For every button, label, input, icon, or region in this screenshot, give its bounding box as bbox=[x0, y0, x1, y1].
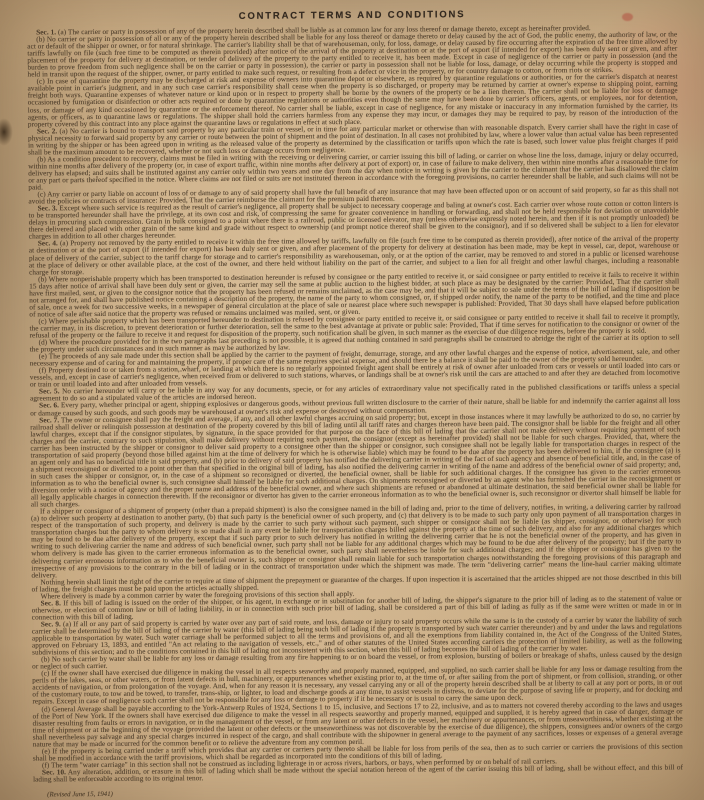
scanned-bill-of-lading-page: { "document": { "title": "CONTRACT TERMS… bbox=[0, 0, 704, 800]
contract-paragraph: (b) No carrier or party in possession of… bbox=[27, 31, 677, 78]
contract-paragraph: Sec. 7. The owner or consignee shall pay… bbox=[30, 412, 681, 509]
contract-paragraph: Sec. 10. Any alteration, addition, or er… bbox=[33, 764, 683, 783]
contract-paragraph: Sec. 4. (a) Property not removed by the … bbox=[29, 236, 679, 276]
document-content: CONTRACT TERMS AND CONDITIONS Sec. 1. (a… bbox=[27, 5, 683, 798]
contract-paragraph: (c) In case of quarantine the property m… bbox=[28, 74, 678, 128]
contract-paragraph: (c) If the owner shall have exercised du… bbox=[32, 666, 682, 706]
ink-spot bbox=[0, 118, 13, 146]
contract-paragraph: (b) Where nonperishable property which h… bbox=[29, 271, 679, 318]
contract-terms-text: Sec. 1. (a) The carrier or party in poss… bbox=[27, 24, 683, 783]
document-title: CONTRACT TERMS AND CONDITIONS bbox=[27, 7, 677, 23]
contract-paragraph: (d) General Average shall be payable acc… bbox=[32, 701, 682, 748]
contract-paragraph: If a shipper or consignor of a shipment … bbox=[31, 504, 682, 580]
